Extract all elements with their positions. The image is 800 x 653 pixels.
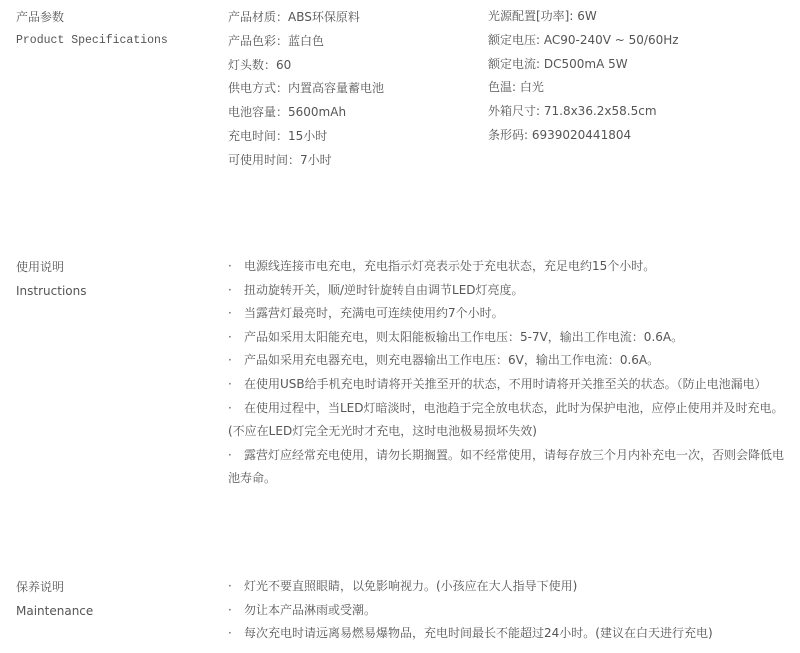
list-item-text: 在使用USB给手机充电时请将开关推至开的状态，不用时请将开关推至关的状态。（防止… — [244, 377, 767, 391]
spec-barcode: 条形码: 6939020441804 — [488, 126, 679, 150]
specs-column-1: 产品材质：ABS环保原料 产品色彩：蓝白色 灯头数：60 供电方式：内置高容量蓄… — [228, 8, 384, 175]
list-item-text: (不应在LED灯完全无光时才充电，这时电池极易损坏失效) — [228, 424, 537, 438]
list-item-text: 产品如采用充电器充电，则充电器输出工作电压：6V，输出工作电流：0.6A。 — [244, 353, 659, 367]
instructions-title-en: Instructions — [16, 282, 86, 306]
list-item: ·电源线连接市电充电，充电指示灯亮表示处于充电状态，充足电约15个小时。 — [228, 255, 798, 279]
instructions-title-cn: 使用说明 — [16, 258, 86, 282]
bullet-icon: · — [228, 302, 244, 326]
spec-material: 产品材质：ABS环保原料 — [228, 8, 384, 32]
spec-color-temp: 色温: 白光 — [488, 78, 679, 102]
specs-title-en: Product Specifications — [16, 32, 168, 56]
instructions-heading: 使用说明 Instructions — [16, 258, 86, 306]
spec-lamp-heads: 灯头数：60 — [228, 56, 384, 80]
list-item: ·扭动旋转开关，顺/逆时针旋转自由调节LED灯亮度。 — [228, 279, 798, 303]
list-item-text: 勿让本产品淋雨或受潮。 — [244, 603, 376, 617]
bullet-icon: · — [228, 397, 244, 421]
bullet-icon: · — [228, 444, 244, 468]
spec-charge-time: 充电时间：15小时 — [228, 127, 384, 151]
spec-rated-voltage: 额定电压: AC90-240V ~ 50/60Hz — [488, 31, 679, 55]
instructions-list: ·电源线连接市电充电，充电指示灯亮表示处于充电状态，充足电约15个小时。 ·扭动… — [228, 255, 798, 491]
bullet-icon: · — [228, 349, 244, 373]
list-item-text: 在使用过程中，当LED灯暗淡时，电池趋于完全放电状态，此时为保护电池，应停止使用… — [244, 401, 784, 415]
list-item-text: 扭动旋转开关，顺/逆时针旋转自由调节LED灯亮度。 — [244, 283, 524, 297]
specs-column-2: 光源配置[功率]: 6W 额定电压: AC90-240V ~ 50/60Hz 额… — [488, 7, 679, 150]
spec-battery-capacity: 电池容量：5600mAh — [228, 103, 384, 127]
spec-rated-current: 额定电流: DC500mA 5W — [488, 55, 679, 79]
bullet-icon: · — [228, 599, 244, 623]
list-item-text: 灯光不要直照眼睛，以免影响视力。(小孩应在大人指导下使用) — [244, 579, 577, 593]
bullet-icon: · — [228, 255, 244, 279]
list-item: ·露营灯应经常充电使用，请勿长期搁置。如不经常使用，请每存放三个月内补充电一次，… — [228, 444, 798, 468]
bullet-icon: · — [228, 622, 244, 646]
list-item-text: 露营灯应经常充电使用，请勿长期搁置。如不经常使用，请每存放三个月内补充电一次，否… — [244, 448, 784, 462]
bullet-icon: · — [228, 373, 244, 397]
list-item-text: 每次充电时请远离易燃易爆物品，充电时间最长不能超过24小时。(建议在白天进行充电… — [244, 626, 713, 640]
list-item: ·产品如采用太阳能充电，则太阳能板输出工作电压：5-7V，输出工作电流：0.6A… — [228, 326, 798, 350]
list-item: ·勿让本产品淋雨或受潮。 — [228, 599, 798, 623]
list-item: ·在使用过程中，当LED灯暗淡时，电池趋于完全放电状态，此时为保护电池，应停止使… — [228, 397, 798, 421]
list-item-text: 电源线连接市电充电，充电指示灯亮表示处于充电状态，充足电约15个小时。 — [244, 259, 655, 273]
spec-box-size: 外箱尺寸: 71.8x36.2x58.5cm — [488, 102, 679, 126]
bullet-icon: · — [228, 326, 244, 350]
spec-usage-time: 可使用时间：7小时 — [228, 151, 384, 175]
list-item: ·在使用USB给手机充电时请将开关推至开的状态，不用时请将开关推至关的状态。（防… — [228, 373, 798, 397]
bullet-icon: · — [228, 279, 244, 303]
list-item-text: 池寿命。 — [228, 471, 276, 485]
specs-heading: 产品参数 Product Specifications — [16, 8, 168, 56]
spec-color: 产品色彩：蓝白色 — [228, 32, 384, 56]
list-item: ·灯光不要直照眼睛，以免影响视力。(小孩应在大人指导下使用) — [228, 575, 798, 599]
list-item: ·当露营灯最亮时，充满电可连续使用约7个小时。 — [228, 302, 798, 326]
specs-title-cn: 产品参数 — [16, 8, 168, 32]
list-item-note: (不应在LED灯完全无光时才充电，这时电池极易损坏失效) — [228, 420, 798, 444]
maintenance-heading: 保养说明 Maintenance — [16, 578, 93, 626]
list-item-text: 当露营灯最亮时，充满电可连续使用约7个小时。 — [244, 306, 504, 320]
maintenance-title-cn: 保养说明 — [16, 578, 93, 602]
list-item-text: 产品如采用太阳能充电，则太阳能板输出工作电压：5-7V，输出工作电流：0.6A。 — [244, 330, 683, 344]
maintenance-list: ·灯光不要直照眼睛，以免影响视力。(小孩应在大人指导下使用) ·勿让本产品淋雨或… — [228, 575, 798, 646]
bullet-icon: · — [228, 575, 244, 599]
list-item: ·产品如采用充电器充电，则充电器输出工作电压：6V，输出工作电流：0.6A。 — [228, 349, 798, 373]
list-item: ·每次充电时请远离易燃易爆物品，充电时间最长不能超过24小时。(建议在白天进行充… — [228, 622, 798, 646]
maintenance-title-en: Maintenance — [16, 602, 93, 626]
list-item-continuation: 池寿命。 — [228, 467, 798, 491]
spec-power-supply: 供电方式：内置高容量蓄电池 — [228, 79, 384, 103]
spec-light-power: 光源配置[功率]: 6W — [488, 7, 679, 31]
